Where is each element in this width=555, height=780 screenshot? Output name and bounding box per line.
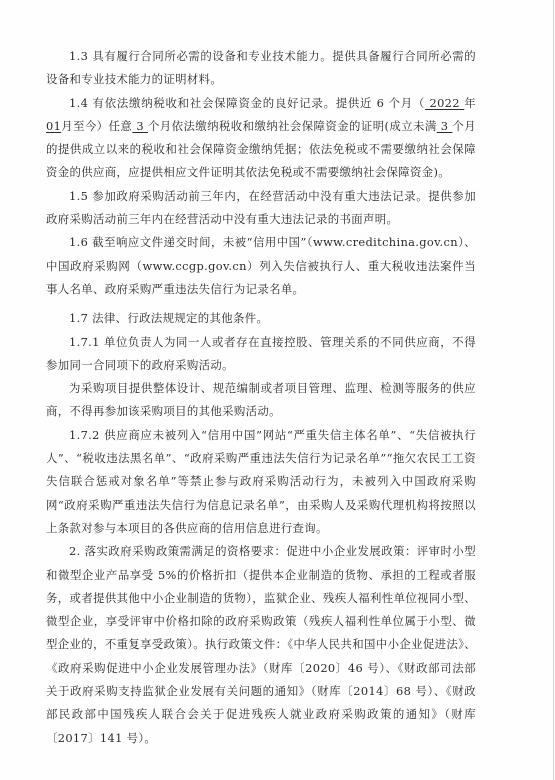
document-page: 1.3 具有履行合同所必需的设备和专业技术能力。提供具备履行合同所必需的设备和专… [0,0,554,780]
document-body: 1.3 具有履行合同所必需的设备和专业技术能力。提供具备履行合同所必需的设备和专… [46,45,476,750]
months-new-field: 3 [437,119,453,133]
clause-1-4-text-a: 1.4 有依法缴纳税收和社会保障资金的良好记录。提供近 6 个月（ [69,96,425,110]
year-field: 2022 [425,96,464,110]
clause-1-4-text-b: 年 [464,96,476,110]
month-field: 01 [46,119,61,133]
clause-1-7: 1.7 法律、行政法规规定的其他条件。 [46,307,476,330]
clause-2: 2. 落实政府采购政策需满足的资格要求：促进中小企业发展政策：评审时小型和微型企… [46,540,476,750]
clause-1-7-2: 1.7.2 供应商应未被列入“信用中国”网站“严重失信主体名单”、“失信被执行人… [46,424,476,540]
clause-1-6: 1.6 截至响应文件递交时间，未被“信用中国”（www.creditchina.… [46,231,476,301]
clause-1-4-text-d: 个月依法缴纳税收和缴纳社会保障资金的证明(成立未满 [148,119,437,133]
clause-design-services: 为采购项目提供整体设计、规范编制或者项目管理、监理、检测等服务的供应商，不得再参… [46,377,476,424]
clause-1-5: 1.5 参加政府采购活动前三年内，在经营活动中没有重大违法记录。提供参加政府采购… [46,185,476,232]
clause-1-4-text-c: 月至今）任意 [61,119,132,133]
months-any-field: 3 [132,119,148,133]
clause-1-4: 1.4 有依法缴纳税收和社会保障资金的良好记录。提供近 6 个月（ 2022 年… [46,92,476,185]
clause-1-7-1: 1.7.1 单位负责人为同一人或者存在直接控股、管理关系的不同供应商，不得参加同… [46,331,476,378]
clause-1-3: 1.3 具有履行合同所必需的设备和专业技术能力。提供具备履行合同所必需的设备和专… [46,45,476,92]
